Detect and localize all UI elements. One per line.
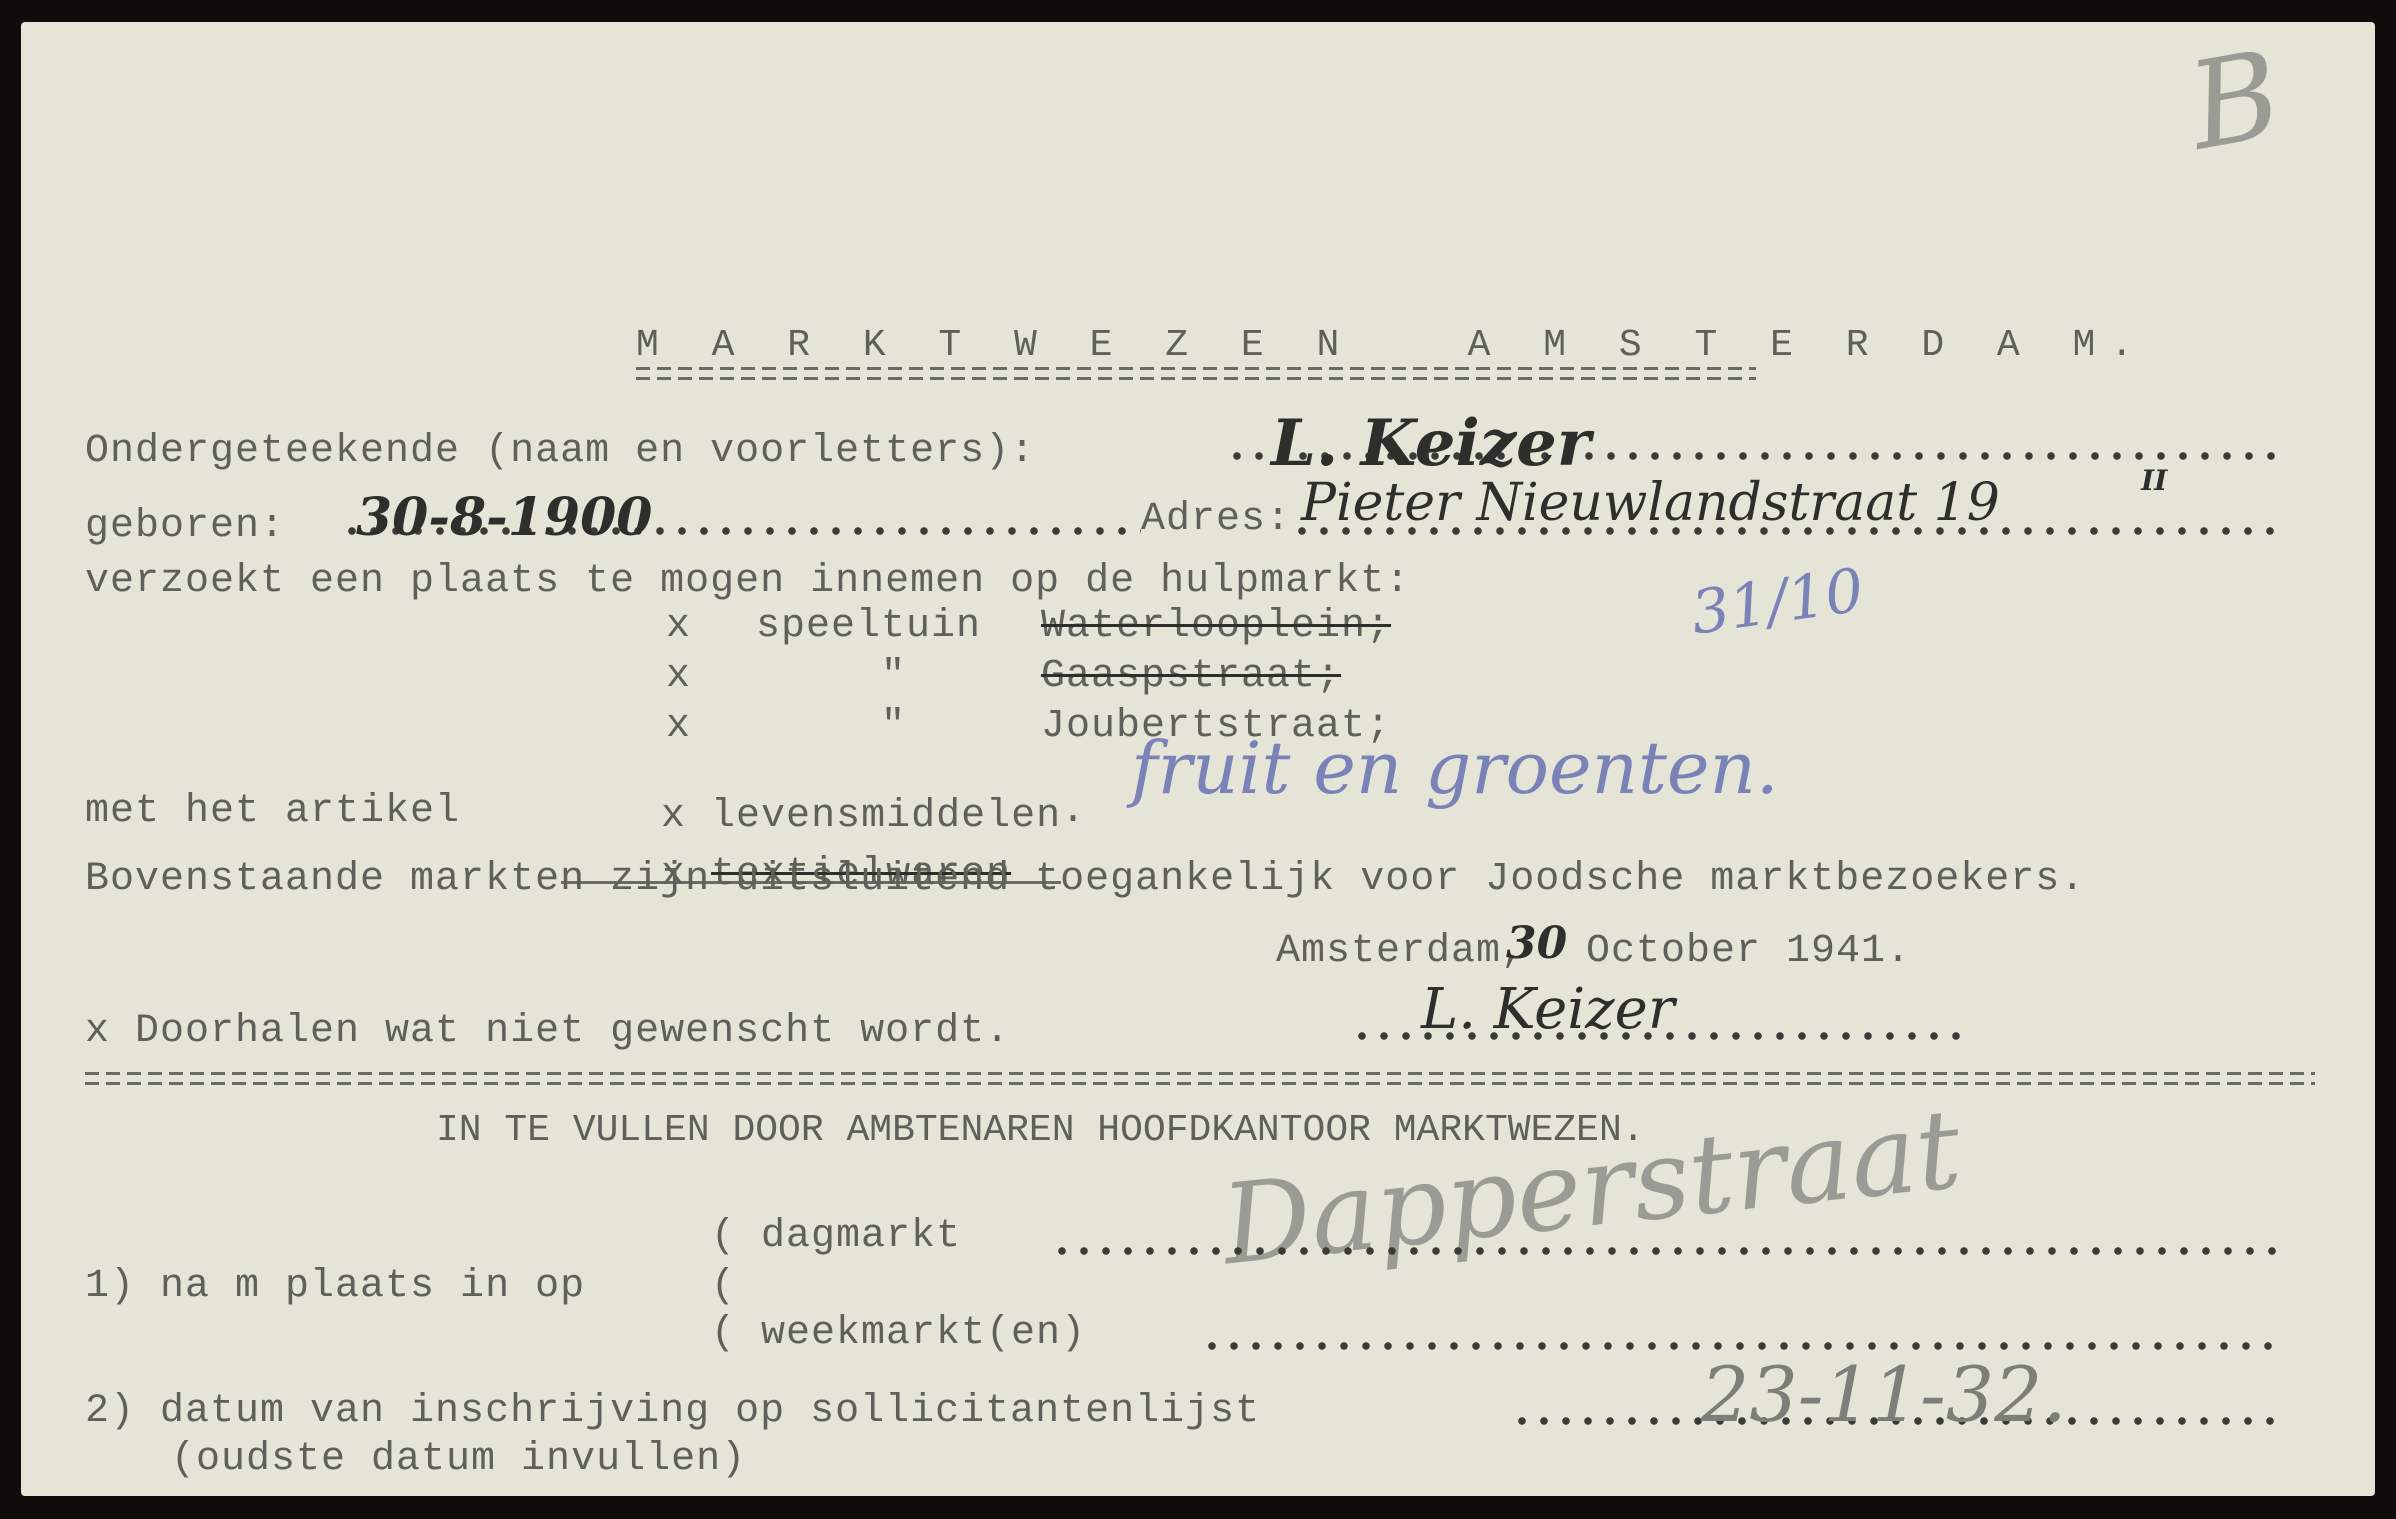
item2-sub: (oudste datum invullen)	[171, 1440, 746, 1480]
dagmarkt-dotted-line	[1051, 1247, 2276, 1255]
name-value: L. Keizer	[1271, 412, 1591, 476]
weekmarkt-dotted-line	[1201, 1342, 2276, 1350]
notice-text: Bovenstaande markten zijn uitsluitend to…	[85, 860, 2085, 900]
section-double-rule	[85, 1072, 2315, 1086]
date-day: 30	[1506, 922, 1567, 966]
place: Amsterdam,	[1276, 932, 1526, 972]
date-month-year: October 1941.	[1586, 932, 1911, 972]
footnote: x Doorhalen wat niet gewenscht wordt.	[85, 1012, 1010, 1052]
title-double-rule	[636, 367, 1756, 381]
name-label: Ondergeteekende (naam en voorletters):	[85, 432, 1035, 472]
market-marker: x	[666, 607, 691, 647]
article-period: .	[1061, 792, 1086, 832]
item1-option-dagmarkt: ( dagmarkt	[711, 1217, 961, 1257]
bracket-mid: (	[711, 1267, 736, 1307]
market-prefix: "	[881, 707, 906, 747]
document-card: B M A R K T W E Z E N A M S T E R D A M.…	[21, 22, 2375, 1496]
date-note: 31/10	[1688, 560, 1868, 643]
born-label: geboren:	[85, 507, 285, 547]
address-label: Adres:	[1141, 500, 1291, 540]
article-label: met het artikel	[85, 792, 460, 832]
market-prefix: "	[881, 657, 906, 697]
item1-label: 1) na m plaats in op	[85, 1267, 585, 1307]
article-handwritten: fruit en groenten.	[1131, 732, 1779, 804]
address-value: Pieter Nieuwlandstraat 19	[1301, 477, 2000, 529]
request-line: verzoekt een plaats te mogen innemen op …	[85, 562, 1410, 602]
market-waterlooplein: Waterlooplein;	[1041, 607, 1391, 647]
address-floor: II	[2141, 467, 2167, 495]
market-prefix: speeltuin	[756, 607, 981, 647]
market-marker: x	[666, 657, 691, 697]
document-title: M A R K T W E Z E N A M S T E R D A M.	[636, 327, 2148, 365]
market-gaaspstraat: Gaaspstraat;	[1041, 657, 1341, 697]
signature: L. Keizer	[1421, 982, 1675, 1038]
market-marker: x	[666, 707, 691, 747]
item2-label: 2) datum van inschrijving op sollicitant…	[85, 1392, 1260, 1432]
item2-value: 23-11-32.	[1701, 1357, 2067, 1433]
corner-mark: B	[2181, 35, 2289, 168]
born-value: 30-8-1900	[356, 492, 652, 544]
item1-option-weekmarkt: ( weekmarkt(en)	[711, 1314, 1086, 1354]
